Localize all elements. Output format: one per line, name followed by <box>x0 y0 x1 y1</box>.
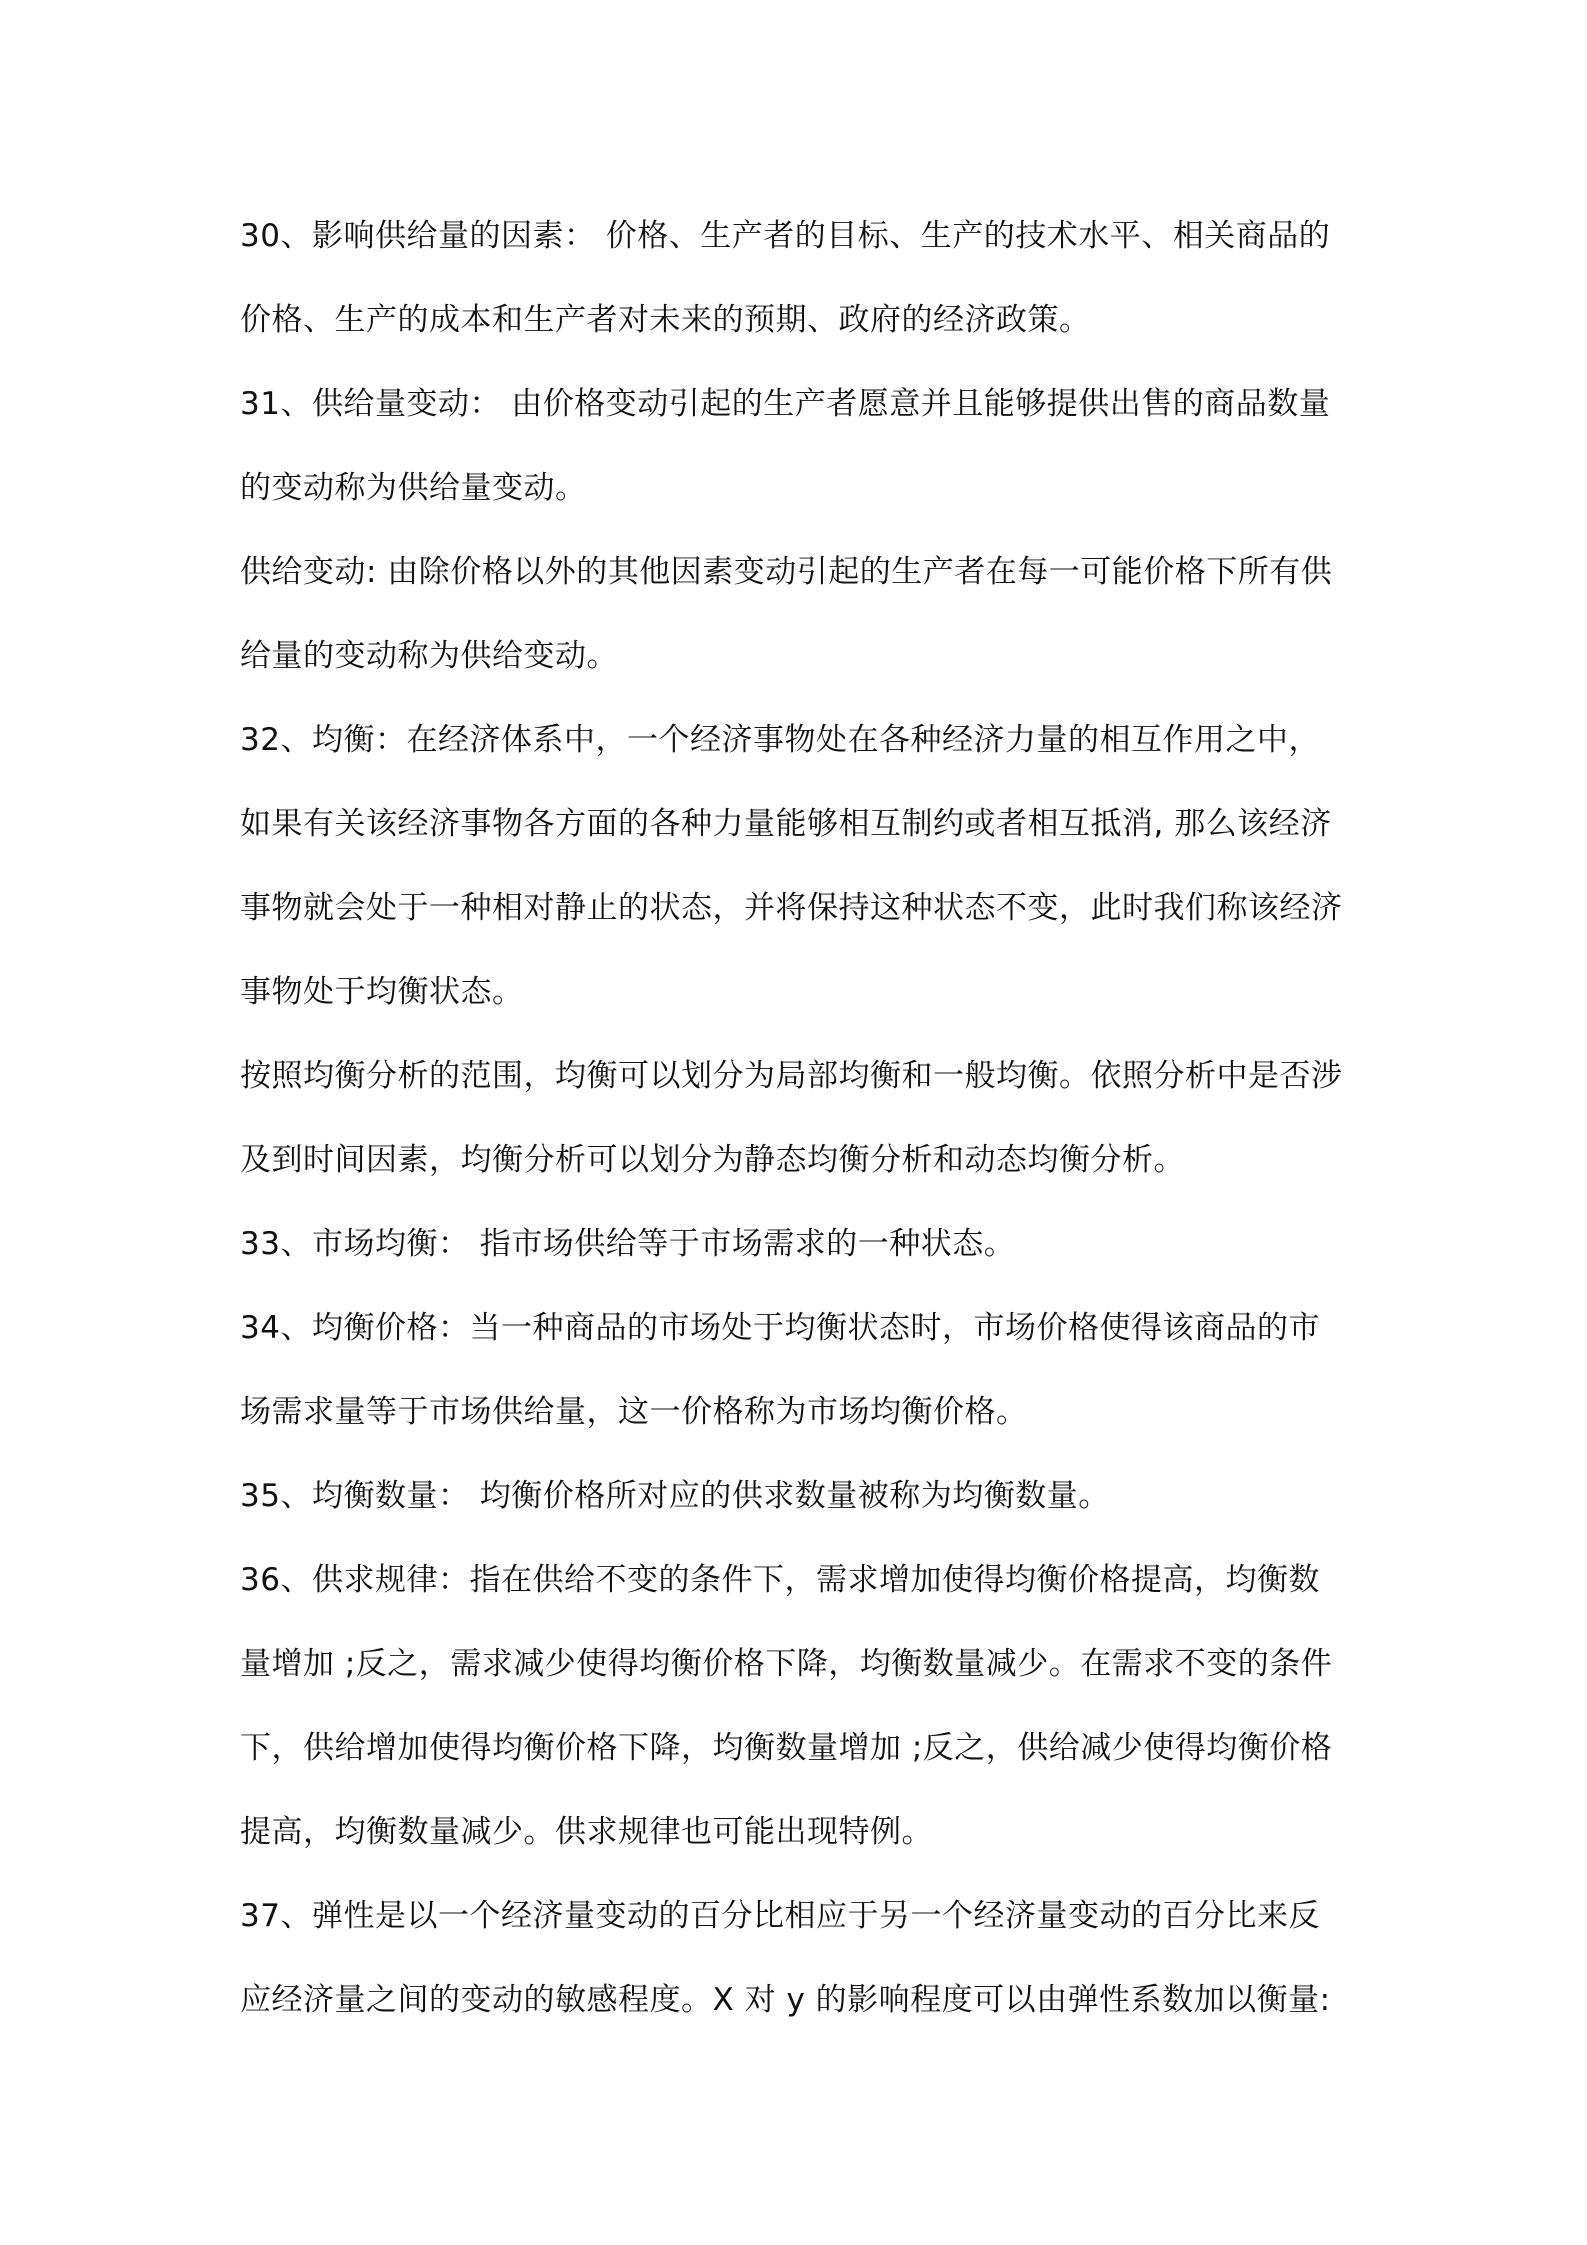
text-line-31-2: 的变动称为供给量变动。 <box>240 460 1360 544</box>
text-line-32-2: 如果有关该经济事物各方面的各种力量能够相互制约或者相互抵消, 那么该经济 <box>240 796 1360 880</box>
text-line-36-1: 36、供求规律：指在供给不变的条件下，需求增加使得均衡价格提高，均衡数 <box>240 1552 1360 1636</box>
text-line-30-2: 价格、生产的成本和生产者对未来的预期、政府的经济政策。 <box>240 292 1360 376</box>
text-line-36-2: 量增加 ;反之，需求减少使得均衡价格下降，均衡数量减少。在需求不变的条件 <box>240 1636 1360 1720</box>
text-line-equilibrium-types-1: 按照均衡分析的范围，均衡可以划分为局部均衡和一般均衡。依照分析中是否涉 <box>240 1048 1360 1132</box>
text-line-31-1: 31、供给量变动： 由价格变动引起的生产者愿意并且能够提供出售的商品数量 <box>240 376 1360 460</box>
text-line-supply-change-1: 供给变动: 由除价格以外的其他因素变动引起的生产者在每一可能价格下所有供 <box>240 544 1360 628</box>
document-page: 30、影响供给量的因素： 价格、生产者的目标、生产的技术水平、相关商品的 价格、… <box>240 208 1360 2056</box>
text-line-34-1: 34、均衡价格：当一种商品的市场处于均衡状态时，市场价格使得该商品的市 <box>240 1300 1360 1384</box>
text-line-36-4: 提高，均衡数量减少。供求规律也可能出现特例。 <box>240 1804 1360 1888</box>
text-line-36-3: 下，供给增加使得均衡价格下降，均衡数量增加 ;反之，供给减少使得均衡价格 <box>240 1720 1360 1804</box>
text-line-35: 35、均衡数量： 均衡价格所对应的供求数量被称为均衡数量。 <box>240 1468 1360 1552</box>
text-line-32-1: 32、均衡：在经济体系中，一个经济事物处在各种经济力量的相互作用之中， <box>240 712 1360 796</box>
text-line-32-4: 事物处于均衡状态。 <box>240 964 1360 1048</box>
text-line-supply-change-2: 给量的变动称为供给变动。 <box>240 628 1360 712</box>
text-line-equilibrium-types-2: 及到时间因素，均衡分析可以划分为静态均衡分析和动态均衡分析。 <box>240 1132 1360 1216</box>
text-line-37-2: 应经济量之间的变动的敏感程度。X 对 y 的影响程度可以由弹性系数加以衡量: <box>240 1972 1360 2056</box>
text-line-32-3: 事物就会处于一种相对静止的状态，并将保持这种状态不变，此时我们称该经济 <box>240 880 1360 964</box>
text-line-33: 33、市场均衡： 指市场供给等于市场需求的一种状态。 <box>240 1216 1360 1300</box>
text-line-30-1: 30、影响供给量的因素： 价格、生产者的目标、生产的技术水平、相关商品的 <box>240 208 1360 292</box>
text-line-37-1: 37、弹性是以一个经济量变动的百分比相应于另一个经济量变动的百分比来反 <box>240 1888 1360 1972</box>
text-line-34-2: 场需求量等于市场供给量，这一价格称为市场均衡价格。 <box>240 1384 1360 1468</box>
